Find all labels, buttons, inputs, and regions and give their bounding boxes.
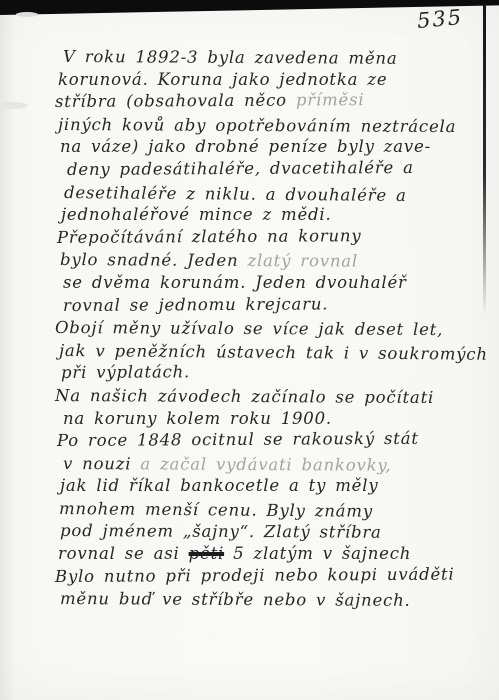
manuscript-line: Po roce 1848 ocitnul se rakouský stát <box>57 427 485 452</box>
handwriting-segment: Obojí měny užívalo se více jak deset let… <box>55 318 443 339</box>
manuscript-line: desetihaléře z niklu. a dvouhaléře a <box>64 182 486 208</box>
manuscript-line: jak lid říkal bankocetle a ty měly <box>60 475 485 498</box>
handwriting-segment: Přepočítávání zlatého na koruny <box>57 226 362 247</box>
page-number: 535 <box>416 5 464 33</box>
handwriting-segment: v nouzi <box>63 454 131 473</box>
manuscript-line: bylo snadné. Jeden zlatý rovnal <box>60 249 485 274</box>
handwriting-segment: příměsi <box>296 90 365 109</box>
handwriting-segment: stříbra (obsahovala něco <box>55 91 296 111</box>
manuscript-line: měnu buď ve stříbře nebo v šajnech. <box>60 588 485 613</box>
handwriting-segment: se dvěma korunám. Jeden dvouhaléř <box>63 273 407 292</box>
manuscript-line: deny padesátihaléře, dvacetihaléře a <box>67 156 485 181</box>
manuscript-page: 535 V roku 1892-3 byla zavedena měnakoru… <box>0 0 499 700</box>
struck-word: pěti <box>189 544 224 563</box>
handwriting-segment: rovnal se jednomu krejcaru. <box>63 294 328 315</box>
manuscript-line: na váze) jako drobné peníze byly zave- <box>60 136 485 159</box>
handwriting-segment: bylo snadné. Jeden <box>60 250 248 270</box>
handwriting-segment: Na našich závodech začínalo se počítati <box>55 386 434 407</box>
handwriting-segment: při výplatách. <box>61 363 190 383</box>
manuscript-line: jiných kovů aby opotřebováním neztrácela <box>58 114 485 139</box>
manuscript-line: rovnal se asi pěti 5 zlatým v šajnech <box>58 543 485 566</box>
manuscript-line: se dvěma korunám. Jeden dvouhaléř <box>63 272 485 295</box>
handwriting-segment: V roku 1892-3 byla zavedena měna <box>63 47 398 68</box>
manuscript-line: stříbra (obsahovala něco příměsi <box>55 89 485 114</box>
handwriting-segment: jednohaléřové mince z mědi. <box>61 205 332 224</box>
manuscript-line: Přepočítávání zlatého na koruny <box>57 224 485 249</box>
manuscript-line: V roku 1892-3 byla zavedena měna <box>63 46 485 71</box>
handwriting-segment: a začal vydávati bankovky, <box>131 454 391 474</box>
handwriting-segment: jiných kovů aby opotřebováním neztrácela <box>58 115 456 136</box>
manuscript-line: v nouzi a začal vydávati bankovky, <box>63 453 485 478</box>
handwriting-segment: na koruny kolem roku 1900. <box>63 409 332 428</box>
handwriting-segment: deny padesátihaléře, dvacetihaléře a <box>67 158 414 179</box>
handwriting-segment: 5 zlatým v šajnech <box>224 544 411 563</box>
scan-smudge <box>16 12 38 17</box>
handwriting-segment: pod jménem „šajny“. Zlatý stříbra <box>60 521 382 542</box>
manuscript-lines: V roku 1892-3 byla zavedena měnakorunová… <box>55 46 485 611</box>
manuscript-line: Na našich závodech začínalo se počítati <box>55 385 485 410</box>
handwriting-segment: na váze) jako drobné peníze byly zave- <box>60 137 431 156</box>
handwriting-segment: rovnal se asi <box>58 544 189 563</box>
handwriting-segment: korunová. Koruna jako jednotka ze <box>58 70 387 89</box>
handwriting-segment: mnohem menší cenu. Byly známy <box>59 499 373 521</box>
manuscript-line: Bylo nutno při prodeji nebo koupi uvádět… <box>55 563 485 588</box>
handwriting-segment: desetihaléře z niklu. a dvouhaléře a <box>64 183 407 205</box>
handwriting-segment: Po roce 1848 ocitnul se rakouský stát <box>57 429 419 450</box>
manuscript-line: rovnal se jednomu krejcaru. <box>63 292 485 317</box>
scan-smudge <box>0 102 28 109</box>
manuscript-line: na koruny kolem roku 1900. <box>63 408 485 431</box>
handwriting-segment: Bylo nutno při prodeji nebo koupi uvádět… <box>55 564 455 585</box>
manuscript-line: Obojí měny užívalo se více jak deset let… <box>55 317 485 342</box>
handwriting-segment: zlatý rovnal <box>247 251 358 271</box>
handwriting-segment: jak lid říkal bankocetle a ty měly <box>60 476 378 495</box>
manuscript-line: při výplatách. <box>61 360 485 385</box>
manuscript-line: pod jménem „šajny“. Zlatý stříbra <box>60 520 485 545</box>
handwriting-segment: měnu buď ve stříbře nebo v šajnech. <box>60 589 411 610</box>
